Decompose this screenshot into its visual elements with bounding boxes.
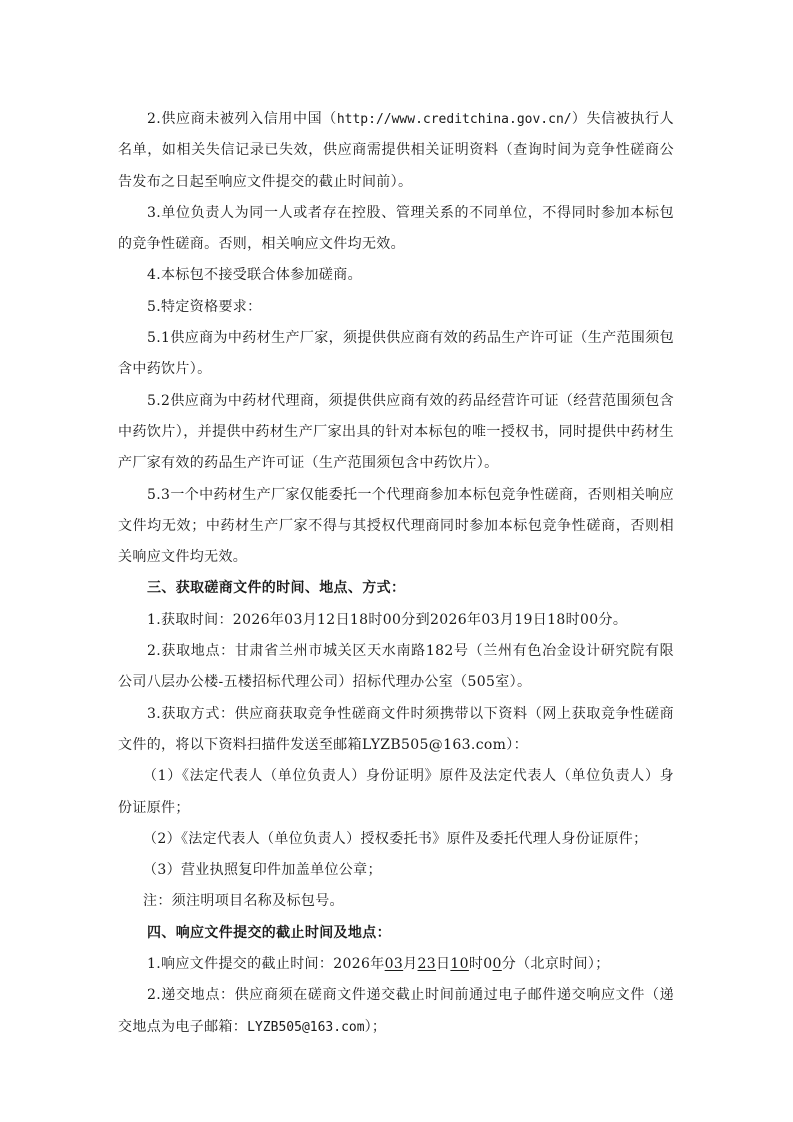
deadline-minute-first: 0 (483, 956, 492, 972)
paragraph-special-qualification: 5.特定资格要求： (118, 292, 674, 323)
deadline-hour: 10 (450, 956, 469, 972)
deadline-prefix: 1.响应文件提交的截止时间：2026年 (147, 956, 385, 972)
paragraph-same-responsible-person: 3.单位负责人为同一人或者存在控股、管理关系的不同单位，不得同时参加本标包的竞争… (118, 198, 674, 261)
note-project-name: 注：须注明项目名称及标包号。 (118, 886, 674, 917)
paragraph-submission-location: 2.递交地点：供应商须在磋商文件递交截止时间前通过电子邮件递交响应文件（递交地点… (118, 980, 674, 1043)
list-item-business-license: （3）营业执照复印件加盖单位公章； (118, 855, 674, 886)
creditchina-url: http://www.creditchina.gov.cn/ (337, 112, 572, 127)
deadline-suffix: （北京时间）； (516, 956, 609, 972)
paragraph-text: ）； (365, 1019, 387, 1035)
document-page: 2.供应商未被列入信用中国（http://www.creditchina.gov… (0, 0, 793, 1122)
section-heading-submission-deadline: 四、响应文件提交的截止时间及地点： (118, 918, 674, 949)
deadline-minute-unit: 分 (502, 956, 516, 972)
list-item-legal-rep-certificate: （1）《法定代表人（单位负责人）身份证明》原件及法定代表人（单位负责人）身份证原… (118, 761, 674, 824)
deadline-day: 23 (418, 956, 437, 972)
paragraph-qualification-5-3: 5.3一个中药材生产厂家仅能委托一个代理商参加本标包竞争性磋商，否则相关响应文件… (118, 480, 674, 574)
paragraph-obtain-time: 1.获取时间：2026年03月12日18时00分到2026年03月19日18时0… (118, 605, 674, 636)
deadline-day-unit: 日 (436, 956, 450, 972)
paragraph-credit-check: 2.供应商未被列入信用中国（http://www.creditchina.gov… (118, 104, 674, 198)
paragraph-submission-deadline: 1.响应文件提交的截止时间：2026年03月23日10时00分（北京时间）； (118, 949, 674, 980)
list-item-authorization-letter: （2）《法定代表人（单位负责人）授权委托书》原件及委托代理人身份证原件； (118, 824, 674, 855)
paragraph-obtain-method: 3.获取方式：供应商获取竞争性磋商文件时须携带以下资料（网上获取竞争性磋商文件的… (118, 699, 674, 762)
deadline-month: 03 (385, 956, 404, 972)
paragraph-no-consortium: 4.本标包不接受联合体参加磋商。 (118, 260, 674, 291)
paragraph-qualification-5-1: 5.1供应商为中药材生产厂家，须提供供应商有效的药品生产许可证（生产范围须包含中… (118, 323, 674, 386)
paragraph-text: 2.递交地点：供应商须在磋商文件递交截止时间前通过电子邮件递交响应文件（递交地点… (118, 987, 674, 1034)
deadline-month-unit: 月 (403, 956, 417, 972)
deadline-hour-unit: 时 (469, 956, 483, 972)
deadline-minute-second: 0 (493, 956, 502, 972)
paragraph-text: 2.供应商未被列入信用中国（ (147, 111, 337, 127)
paragraph-qualification-5-2: 5.2供应商为中药材代理商，须提供供应商有效的药品经营许可证（经营范围须包含中药… (118, 386, 674, 480)
paragraph-obtain-location: 2.获取地点：甘肃省兰州市城关区天水南路182号（兰州有色冶金设计研究院有限公司… (118, 636, 674, 699)
section-heading-obtain-documents: 三、获取磋商文件的时间、地点、方式： (118, 573, 674, 604)
submission-email: LYZB505@163.com (247, 1020, 364, 1035)
document-body: 2.供应商未被列入信用中国（http://www.creditchina.gov… (118, 104, 674, 1043)
